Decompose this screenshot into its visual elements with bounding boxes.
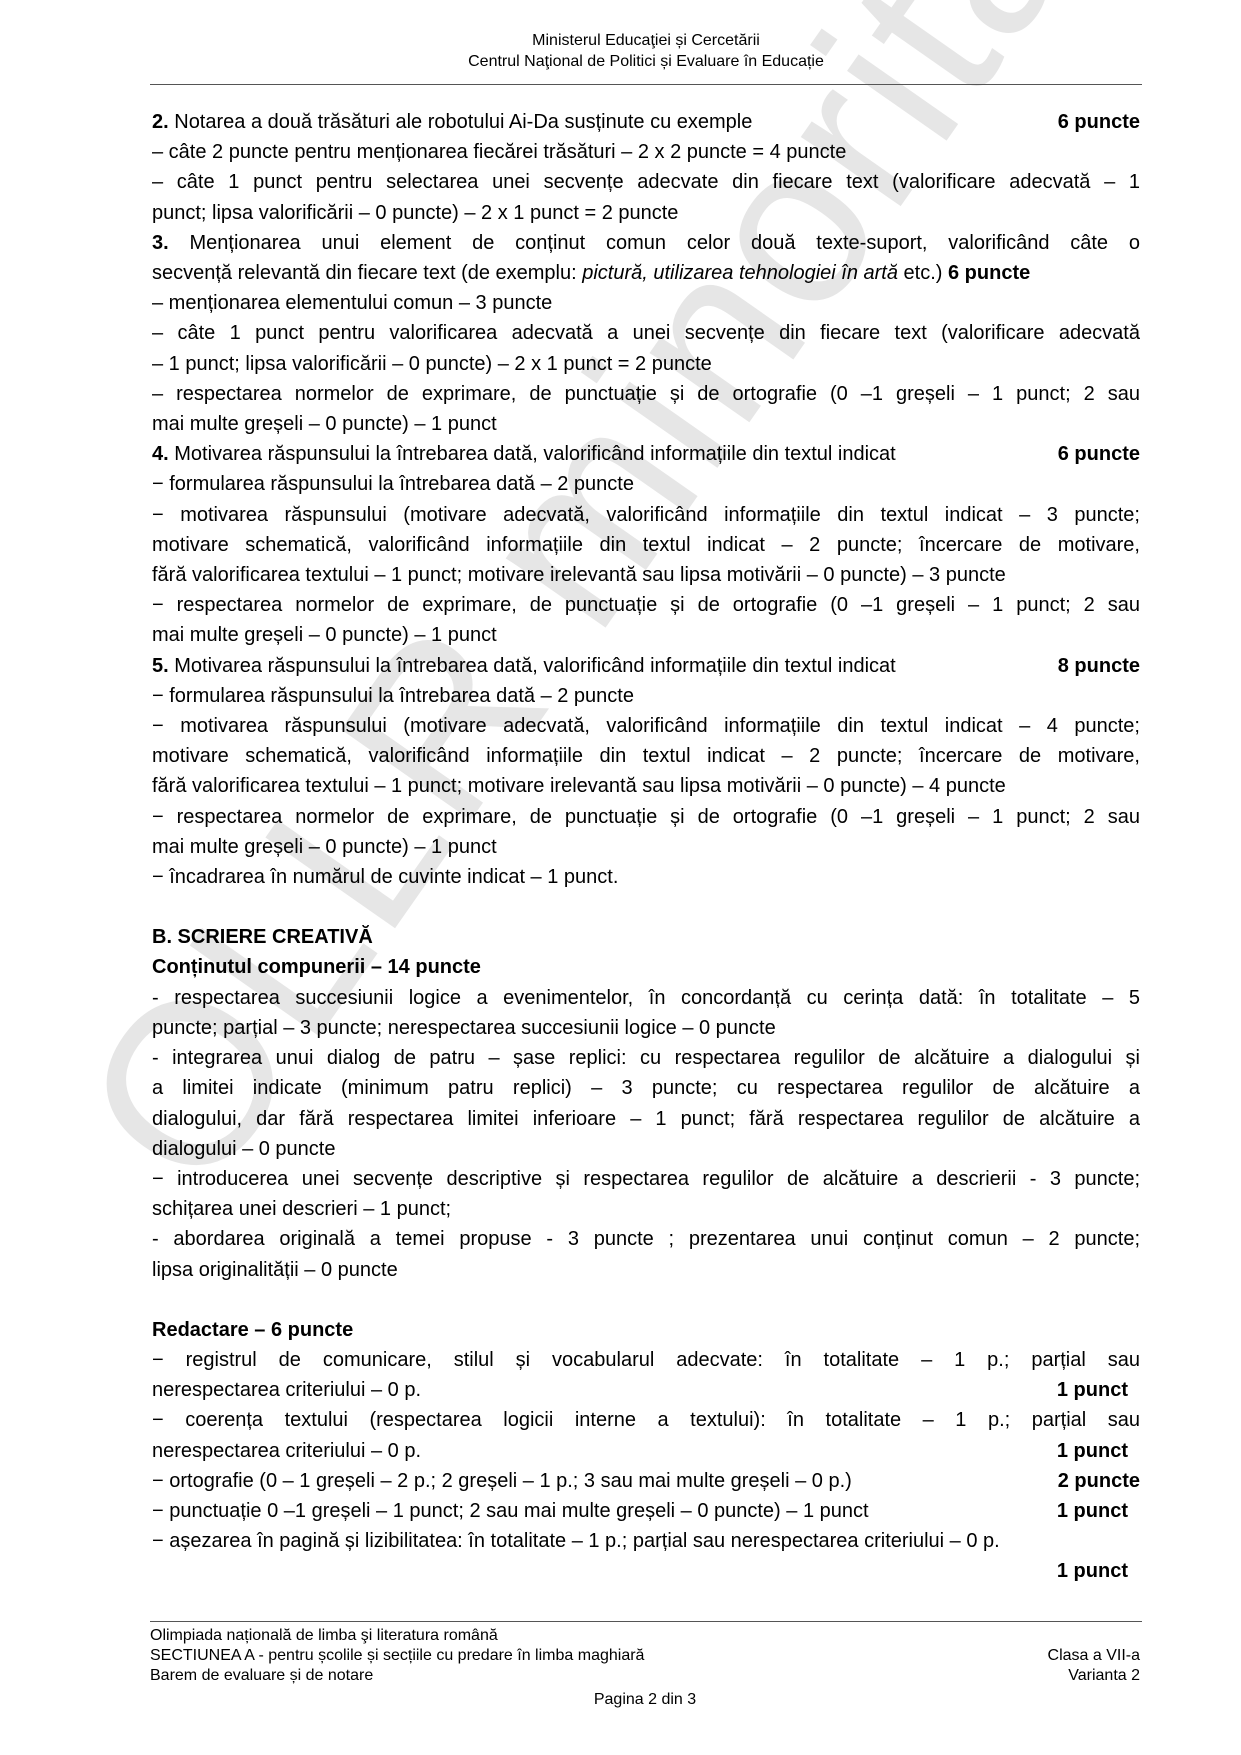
item-2-line: – câte 1 punct pentru selectarea unei se… (152, 167, 1140, 197)
item-5-line: − respectarea normelor de exprimare, de … (152, 802, 1140, 832)
content-line: − introducerea unei secvențe descriptive… (152, 1164, 1140, 1194)
item-4-line: motivare schematică, valorificând inform… (152, 530, 1140, 560)
redactare-line: − registrul de comunicare, stilul și voc… (152, 1345, 1140, 1375)
content-line: lipsa originalității – 0 puncte (152, 1255, 1140, 1285)
header-divider (150, 84, 1142, 85)
redactare-line: nerespectarea criteriului – 0 p.1 punct (152, 1375, 1140, 1405)
item-4-line: − formularea răspunsului la întrebarea d… (152, 469, 1140, 499)
content-line: - abordarea originală a temei propuse - … (152, 1224, 1140, 1254)
redactare-line: − punctuație 0 –1 greșeli – 1 punct; 2 s… (152, 1496, 1140, 1526)
item-4-points: 6 puncte (1058, 439, 1140, 469)
item-5-title: 5. Motivarea răspunsului la întrebarea d… (152, 651, 1140, 681)
content-line: - respectarea succesiunii logice a eveni… (152, 983, 1140, 1013)
item-5-line: − formularea răspunsului la întrebarea d… (152, 681, 1140, 711)
item-3-line: – 1 punct; lipsa valorificării – 0 punct… (152, 349, 1140, 379)
item-4-line: − respectarea normelor de exprimare, de … (152, 590, 1140, 620)
item-2-title: 2. Notarea a două trăsături ale robotulu… (152, 107, 1140, 137)
item-5-line: − motivarea răspunsului (motivare adecva… (152, 711, 1140, 741)
item-5-line: fără valorificarea textului – 1 punct; m… (152, 771, 1140, 801)
doc-type: Barem de evaluare și de notare (150, 1666, 373, 1686)
section-name: SECTIUNEA A - pentru școlile și secțiile… (150, 1646, 644, 1666)
item-5-line: − încadrarea în numărul de cuvinte indic… (152, 862, 1140, 892)
item-2-line: – câte 2 puncte pentru menționarea fiecă… (152, 137, 1140, 167)
item-3-line: – menționarea elementului comun – 3 punc… (152, 288, 1140, 318)
page-number: Pagina 2 din 3 (150, 1690, 1140, 1710)
redactare-points: 1 punct (1057, 1375, 1128, 1405)
redactare-points: 1 punct (1057, 1496, 1128, 1526)
page-header: Ministerul Educaţiei și Cercetării Centr… (150, 30, 1142, 72)
content-line: dialogului – 0 puncte (152, 1134, 1140, 1164)
item-3-line: – respectarea normelor de exprimare, de … (152, 379, 1140, 409)
item-4-line: − motivarea răspunsului (motivare adecva… (152, 500, 1140, 530)
redactare-points: 1 punct (1057, 1436, 1128, 1466)
content-line: - integrarea unui dialog de patru – șase… (152, 1043, 1140, 1073)
redactare-line: − așezarea în pagină și lizibilitatea: î… (152, 1526, 1140, 1556)
item-3-line: – câte 1 punct pentru valorificarea adec… (152, 318, 1140, 348)
content-line: puncte; parțial – 3 puncte; nerespectare… (152, 1013, 1140, 1043)
redactare-line: − ortografie (0 – 1 greșeli – 2 p.; 2 gr… (152, 1466, 1140, 1496)
ministry-name: Ministerul Educaţiei și Cercetării (150, 30, 1142, 51)
item-2-points: 6 puncte (1058, 107, 1140, 137)
redactare-points: 1 punct (1057, 1556, 1128, 1586)
item-4-line: fără valorificarea textului – 1 punct; m… (152, 560, 1140, 590)
redactare-points: 2 puncte (1058, 1466, 1140, 1496)
content-line: schițarea unei descrieri – 1 punct; (152, 1194, 1140, 1224)
item-3-title-cont: secvență relevantă din fiecare text (de … (152, 258, 1140, 288)
content-heading: Conținutul compunerii – 14 puncte (152, 952, 1140, 982)
center-name: Centrul Naţional de Politici și Evaluare… (150, 51, 1142, 72)
item-3-points: 6 puncte (948, 262, 1030, 284)
variant-label: Varianta 2 (1068, 1666, 1140, 1686)
redactare-line: 1 punct (152, 1556, 1140, 1586)
item-3-line: mai multe greșeli – 0 puncte) – 1 punct (152, 409, 1140, 439)
item-4-line: mai multe greșeli – 0 puncte) – 1 punct (152, 620, 1140, 650)
item-4-title: 4. Motivarea răspunsului la întrebarea d… (152, 439, 1140, 469)
redactare-line: nerespectarea criteriului – 0 p.1 punct (152, 1436, 1140, 1466)
content-line: dialogului, dar fără respectarea limitei… (152, 1104, 1140, 1134)
redactare-heading: Redactare – 6 puncte (152, 1315, 1140, 1345)
item-2-line: punct; lipsa valorificării – 0 puncte) –… (152, 198, 1140, 228)
page-footer: Olimpiada națională de limba şi literatu… (150, 1626, 1140, 1710)
olympiad-name: Olimpiada națională de limba şi literatu… (150, 1626, 1140, 1646)
content-line: a limitei indicate (minimum patru replic… (152, 1073, 1140, 1103)
footer-divider (150, 1621, 1142, 1622)
item-5-line: mai multe greșeli – 0 puncte) – 1 punct (152, 832, 1140, 862)
section-b-title: B. SCRIERE CREATIVĂ (152, 922, 1140, 952)
document-body: 2. Notarea a două trăsături ale robotulu… (152, 107, 1140, 1587)
item-3-title: 3. Menționarea unui element de conținut … (152, 228, 1140, 258)
item-5-points: 8 puncte (1058, 651, 1140, 681)
class-label: Clasa a VII-a (1048, 1646, 1140, 1666)
redactare-line: − coerența textului (respectarea logicii… (152, 1405, 1140, 1435)
item-5-line: motivare schematică, valorificând inform… (152, 741, 1140, 771)
